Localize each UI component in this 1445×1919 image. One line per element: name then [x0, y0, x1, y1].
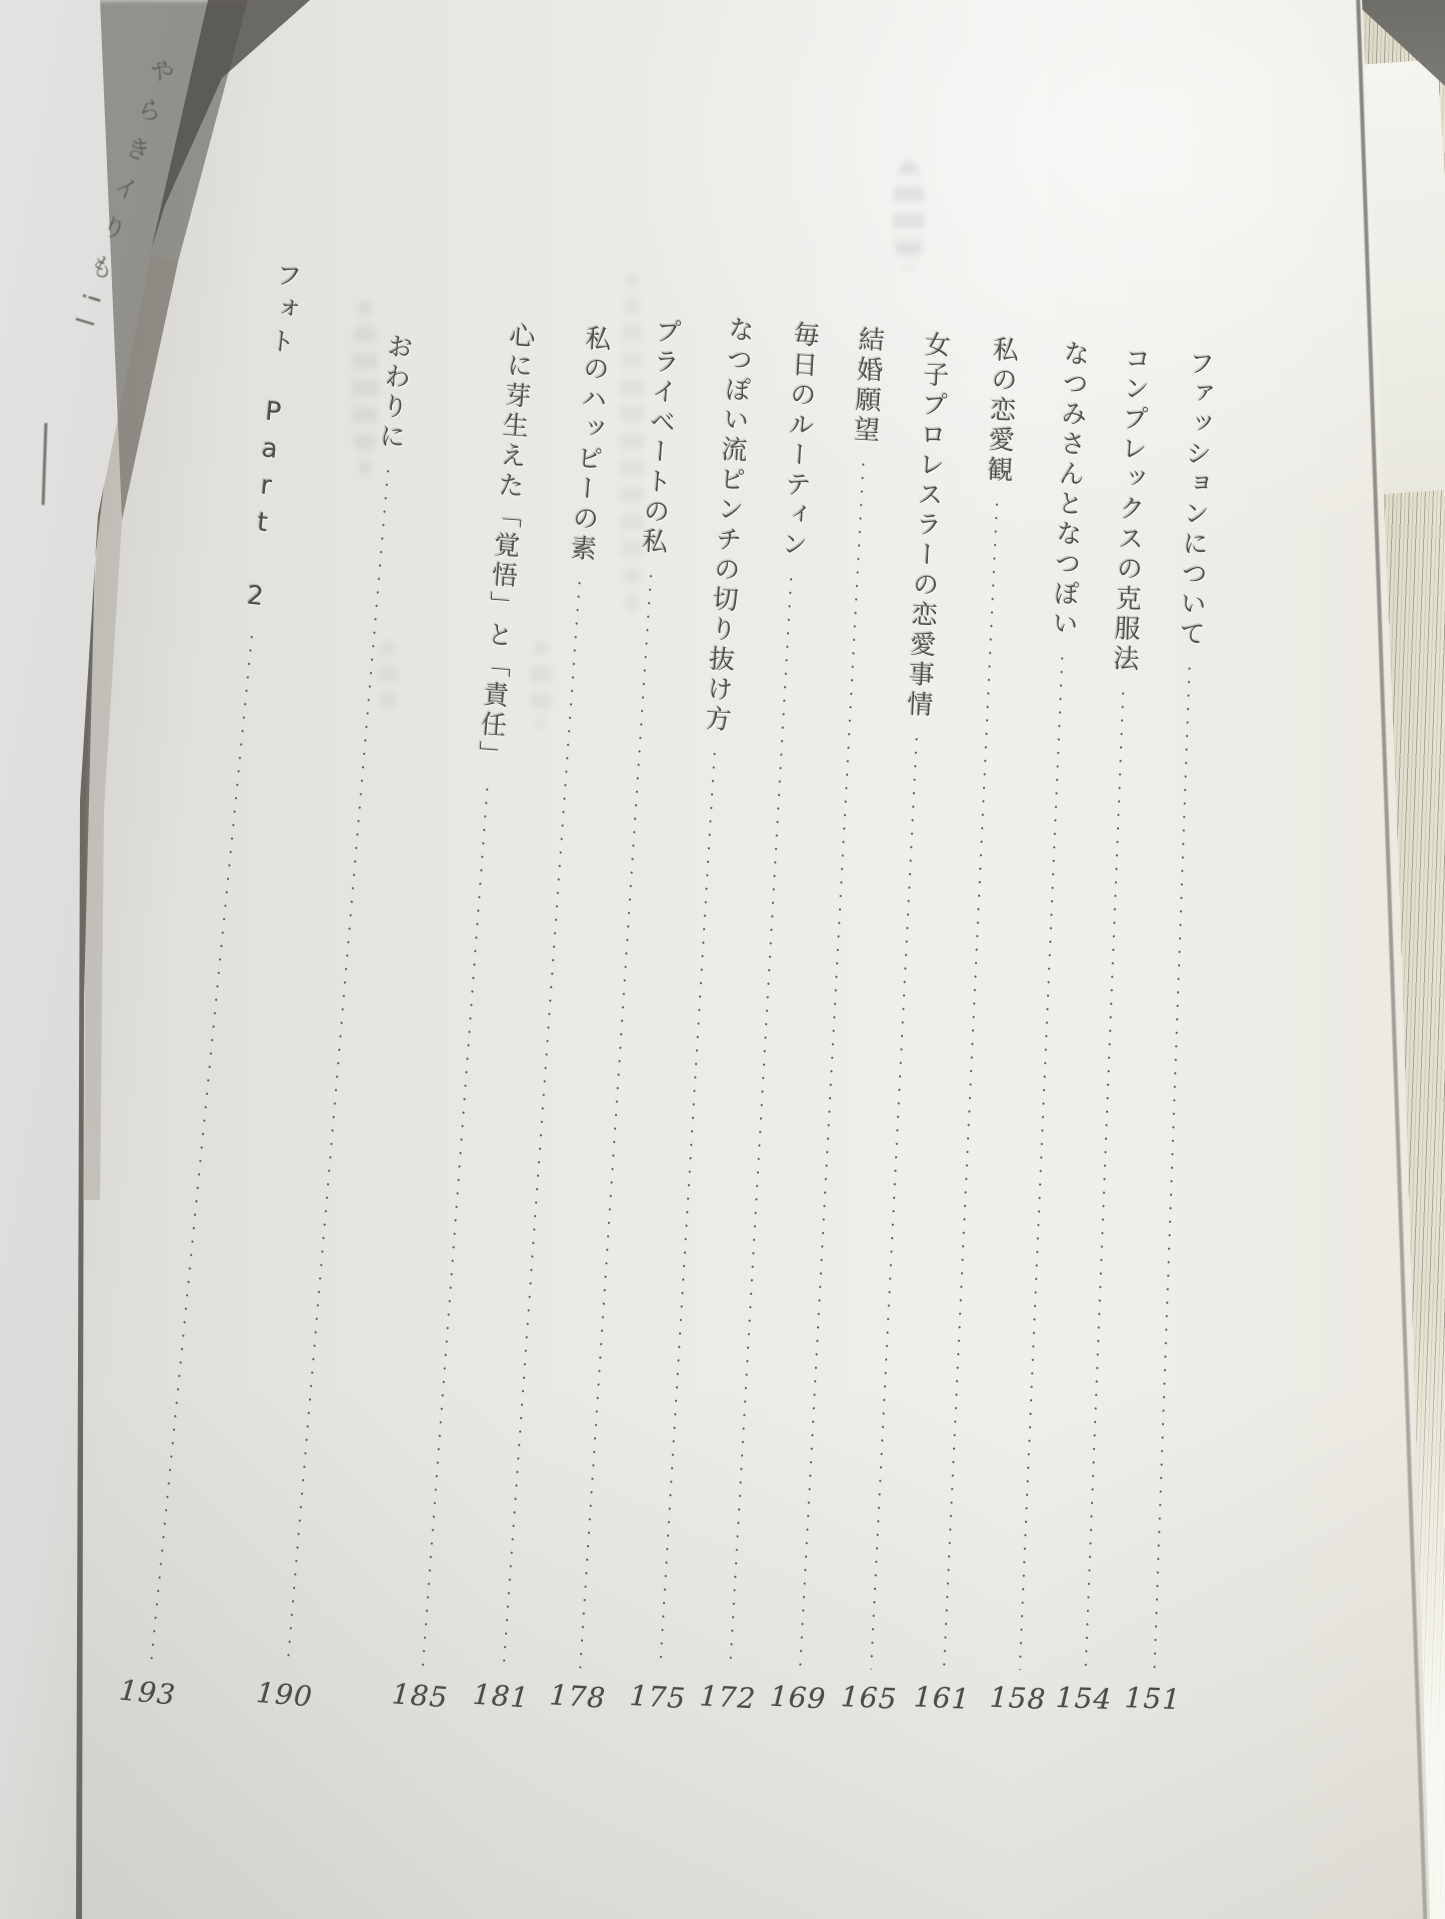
- toc-page-number: 181: [472, 1678, 531, 1715]
- toc-page-number: 169: [769, 1680, 827, 1716]
- toc-entry-title: 心に芽生えた「覚悟」と「責任」: [475, 321, 534, 772]
- toc-leader-dots: [1017, 652, 1065, 1670]
- toc-leader-dots: [285, 464, 391, 1666]
- toc-page-number: 151: [1124, 1681, 1182, 1716]
- toc-entries-layer: ファッションについて151コンプレックスの克服法154なつみさんとなつぽい158…: [0, 0, 1445, 1919]
- toc-page-number: 161: [913, 1680, 971, 1716]
- toc-entry-title: なつぽい流ピンチの切り抜け方: [702, 315, 753, 736]
- toc-leader-dots: [727, 572, 793, 1669]
- toc-entry-title: 私の恋愛観: [984, 335, 1017, 486]
- toc-page-number: 190: [255, 1676, 314, 1714]
- toc-page-number: 158: [989, 1681, 1047, 1716]
- toc-page-number: 165: [840, 1680, 898, 1716]
- toc-entry-title: 毎日のルーティン: [779, 320, 818, 561]
- toc-entry-title: フォト Part 2: [240, 261, 301, 620]
- toc-page-number: 185: [391, 1677, 450, 1714]
- toc-page-number: 178: [549, 1678, 607, 1715]
- toc-page-number: 172: [699, 1679, 757, 1715]
- toc-entry-title: ファッションについて: [1177, 350, 1213, 651]
- toc-leader-dots: [420, 783, 490, 1668]
- toc-entry-title: 結婚願望: [851, 325, 883, 446]
- book-photo: やらきイりも!l ファッションについて151コンプレックスの克服法154なつみさ…: [0, 0, 1445, 1919]
- toc-entry: フォト Part 2193: [128, 260, 306, 1711]
- toc-entry-title: おわりに: [376, 332, 412, 454]
- toc-entry: おわりに190: [265, 331, 417, 1712]
- toc-leader-dots: [501, 576, 582, 1668]
- toc-leader-dots: [941, 498, 999, 1670]
- toc-page-number: 175: [629, 1679, 687, 1715]
- toc-leader-dots: [868, 732, 919, 1669]
- toc-leader-dots: [1151, 662, 1191, 1671]
- toc-leader-dots: [148, 630, 254, 1665]
- toc-leader-dots: [577, 569, 653, 1668]
- toc-entry-title: なつみさんとなつぽい: [1049, 339, 1088, 640]
- toc-page-number: 154: [1055, 1681, 1113, 1716]
- toc-entry: ファッションについて151: [1134, 349, 1218, 1715]
- toc-entry-title: 私のハッピーの素: [567, 324, 610, 565]
- toc-page-number: 193: [118, 1673, 177, 1711]
- toc-entry-title: 女子プロレスラーの恋愛事情: [904, 330, 949, 721]
- toc-leader-dots: [797, 458, 865, 1670]
- toc-entry-title: コンプレックスの克服法: [1110, 345, 1149, 676]
- toc-leader-dots: [1083, 687, 1126, 1670]
- toc-leader-dots: [657, 747, 717, 1669]
- toc-entry-title: プライベートの私: [639, 317, 680, 558]
